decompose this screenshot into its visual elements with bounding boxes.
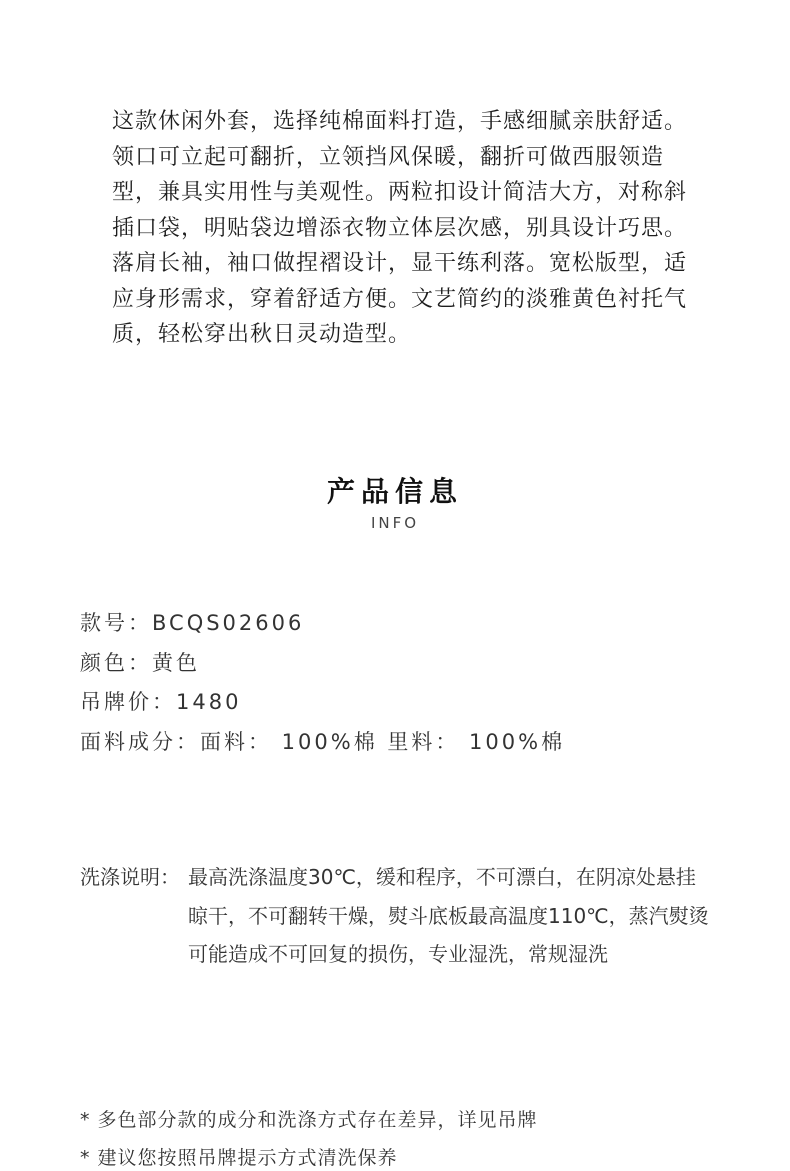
info-label: 款号：: [80, 611, 152, 635]
section-title: 产品信息: [0, 474, 790, 510]
product-description: 这款休闲外套，选择纯棉面料打造，手感细腻亲肤舒适。领口可立起可翻折，立领挡风保暖…: [112, 104, 688, 353]
info-value: 面料： 100%棉 里料： 100%棉: [200, 730, 565, 754]
wash-label: 洗涤说明：: [80, 858, 188, 974]
note-item: * 多色部分款的成分和洗涤方式存在差异，详见吊牌: [80, 1101, 538, 1139]
washing-instructions: 洗涤说明： 最高洗涤温度30℃，缓和程序，不可漂白，在阴凉处悬挂晾干，不可翻转干…: [80, 858, 720, 974]
wash-text: 最高洗涤温度30℃，缓和程序，不可漂白，在阴凉处悬挂晾干，不可翻转干燥，熨斗底板…: [188, 858, 714, 974]
info-label: 颜色：: [80, 651, 152, 675]
product-info-list: 款号：BCQS02606 颜色：黄色 吊牌价：1480 面料成分：面料： 100…: [80, 604, 565, 762]
info-label: 吊牌价：: [80, 690, 176, 714]
note-item: * 建议您按照吊牌提示方式清洗保养: [80, 1139, 538, 1171]
care-notes: * 多色部分款的成分和洗涤方式存在差异，详见吊牌 * 建议您按照吊牌提示方式清洗…: [80, 1101, 538, 1171]
info-color: 颜色：黄色: [80, 644, 565, 684]
info-value: 黄色: [152, 651, 200, 675]
product-info-header: 产品信息 INFO: [0, 474, 790, 532]
info-label: 面料成分：: [80, 730, 200, 754]
section-subtitle: INFO: [0, 514, 790, 532]
info-style-number: 款号：BCQS02606: [80, 604, 565, 644]
info-value: 1480: [176, 690, 241, 714]
info-value: BCQS02606: [152, 611, 304, 635]
info-tag-price: 吊牌价：1480: [80, 683, 565, 723]
info-fabric: 面料成分：面料： 100%棉 里料： 100%棉: [80, 723, 565, 763]
